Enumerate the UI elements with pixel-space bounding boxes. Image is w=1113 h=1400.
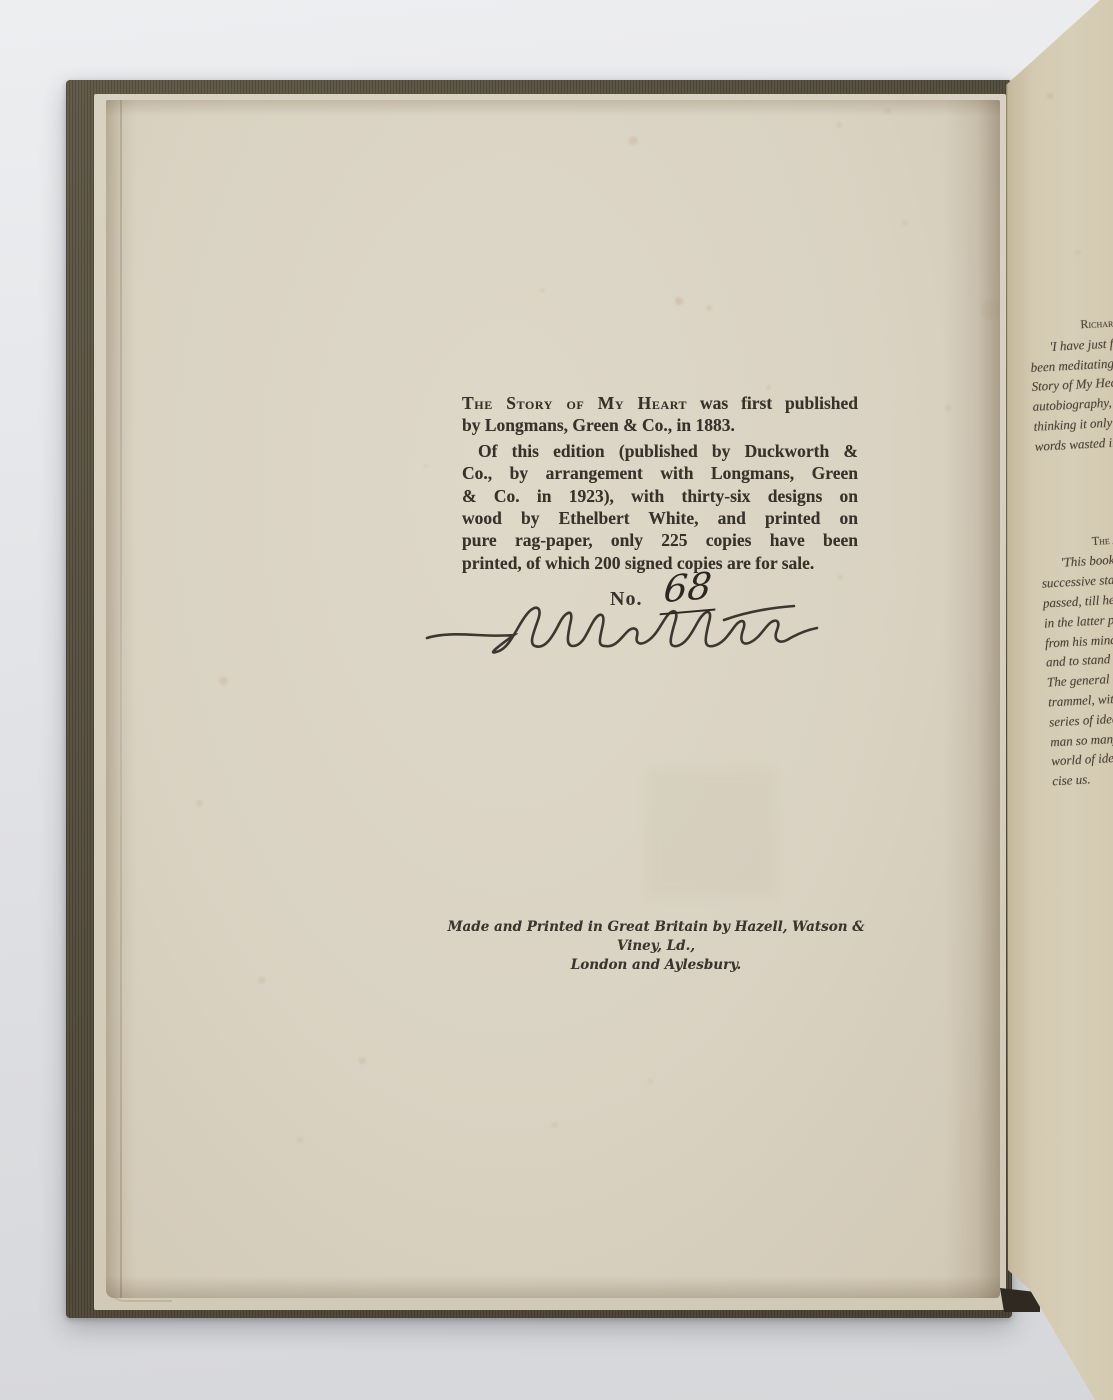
foxing-spot	[945, 405, 951, 411]
fore-edge-shadow	[944, 100, 1000, 1298]
foxing-spot	[219, 677, 228, 685]
foxing-spot	[196, 800, 203, 807]
foxing-spot	[359, 1057, 366, 1064]
photo-backdrop: The Story of My Heart was first publishe…	[0, 0, 1113, 1400]
foxing-spot	[675, 297, 683, 305]
gutter-crease	[120, 100, 122, 1298]
foxing-spot	[902, 220, 908, 226]
top-edge-shadow	[106, 100, 1000, 116]
book-title: The Story of My Heart	[462, 393, 687, 413]
imprint-line: Made and Printed in Great Britain by Haz…	[436, 918, 876, 956]
bottom-edge-shadow	[106, 1276, 1000, 1298]
signature-ink	[424, 596, 820, 668]
foxing-spot	[766, 385, 771, 390]
review-header: Richar	[1080, 312, 1113, 335]
author-signature	[424, 596, 820, 668]
foxing-spot	[836, 122, 842, 128]
limitation-line: Of this edition (published by Duckworth …	[462, 440, 858, 462]
limitation-line: wood by Ethelbert White, and printed on	[462, 507, 858, 529]
foxing-spot	[551, 1122, 558, 1128]
foxing-spot	[424, 464, 428, 468]
limitation-line: by Longmans, Green & Co., in 1883.	[462, 414, 858, 436]
limitation-line: printed, of which 200 signed copies are …	[462, 552, 858, 574]
foxing-spot	[706, 305, 712, 311]
foxing-spot	[648, 1079, 653, 1084]
printer-imprint: Made and Printed in Great Britain by Haz…	[436, 918, 876, 975]
limitation-statement: The Story of My Heart was first publishe…	[462, 392, 858, 574]
limitation-line: Co., by arrangement with Longmans, Green	[462, 462, 858, 484]
limitation-line: & Co. in 1923), with thirty-six designs …	[462, 485, 858, 507]
limitation-line: pure rag-paper, only 225 copies have bee…	[462, 529, 858, 551]
review-header: The Aut	[1091, 528, 1113, 551]
facing-page-text: Richar 'I have just f been meditating St…	[1028, 312, 1113, 792]
foxing-spot	[1047, 93, 1053, 99]
foxing-spot	[540, 288, 545, 293]
imprint-line: London and Aylesbury.	[436, 956, 876, 975]
foxing-spot	[884, 108, 891, 114]
foxing-spot	[258, 977, 266, 984]
foxing-spot	[297, 1137, 303, 1143]
woodcut-showthrough	[646, 768, 776, 898]
limitation-line: The Story of My Heart was first publishe…	[462, 392, 858, 414]
foxing-stain	[980, 300, 1000, 320]
limitation-line-rest: was first published	[700, 393, 858, 413]
facing-page-leaf: Richar 'I have just f been meditating St…	[1000, 0, 1113, 1400]
foxing-spot	[628, 136, 638, 145]
foxing-spot	[838, 575, 843, 580]
limitation-page: The Story of My Heart was first publishe…	[106, 100, 1000, 1298]
foxing-spot	[1075, 250, 1081, 255]
